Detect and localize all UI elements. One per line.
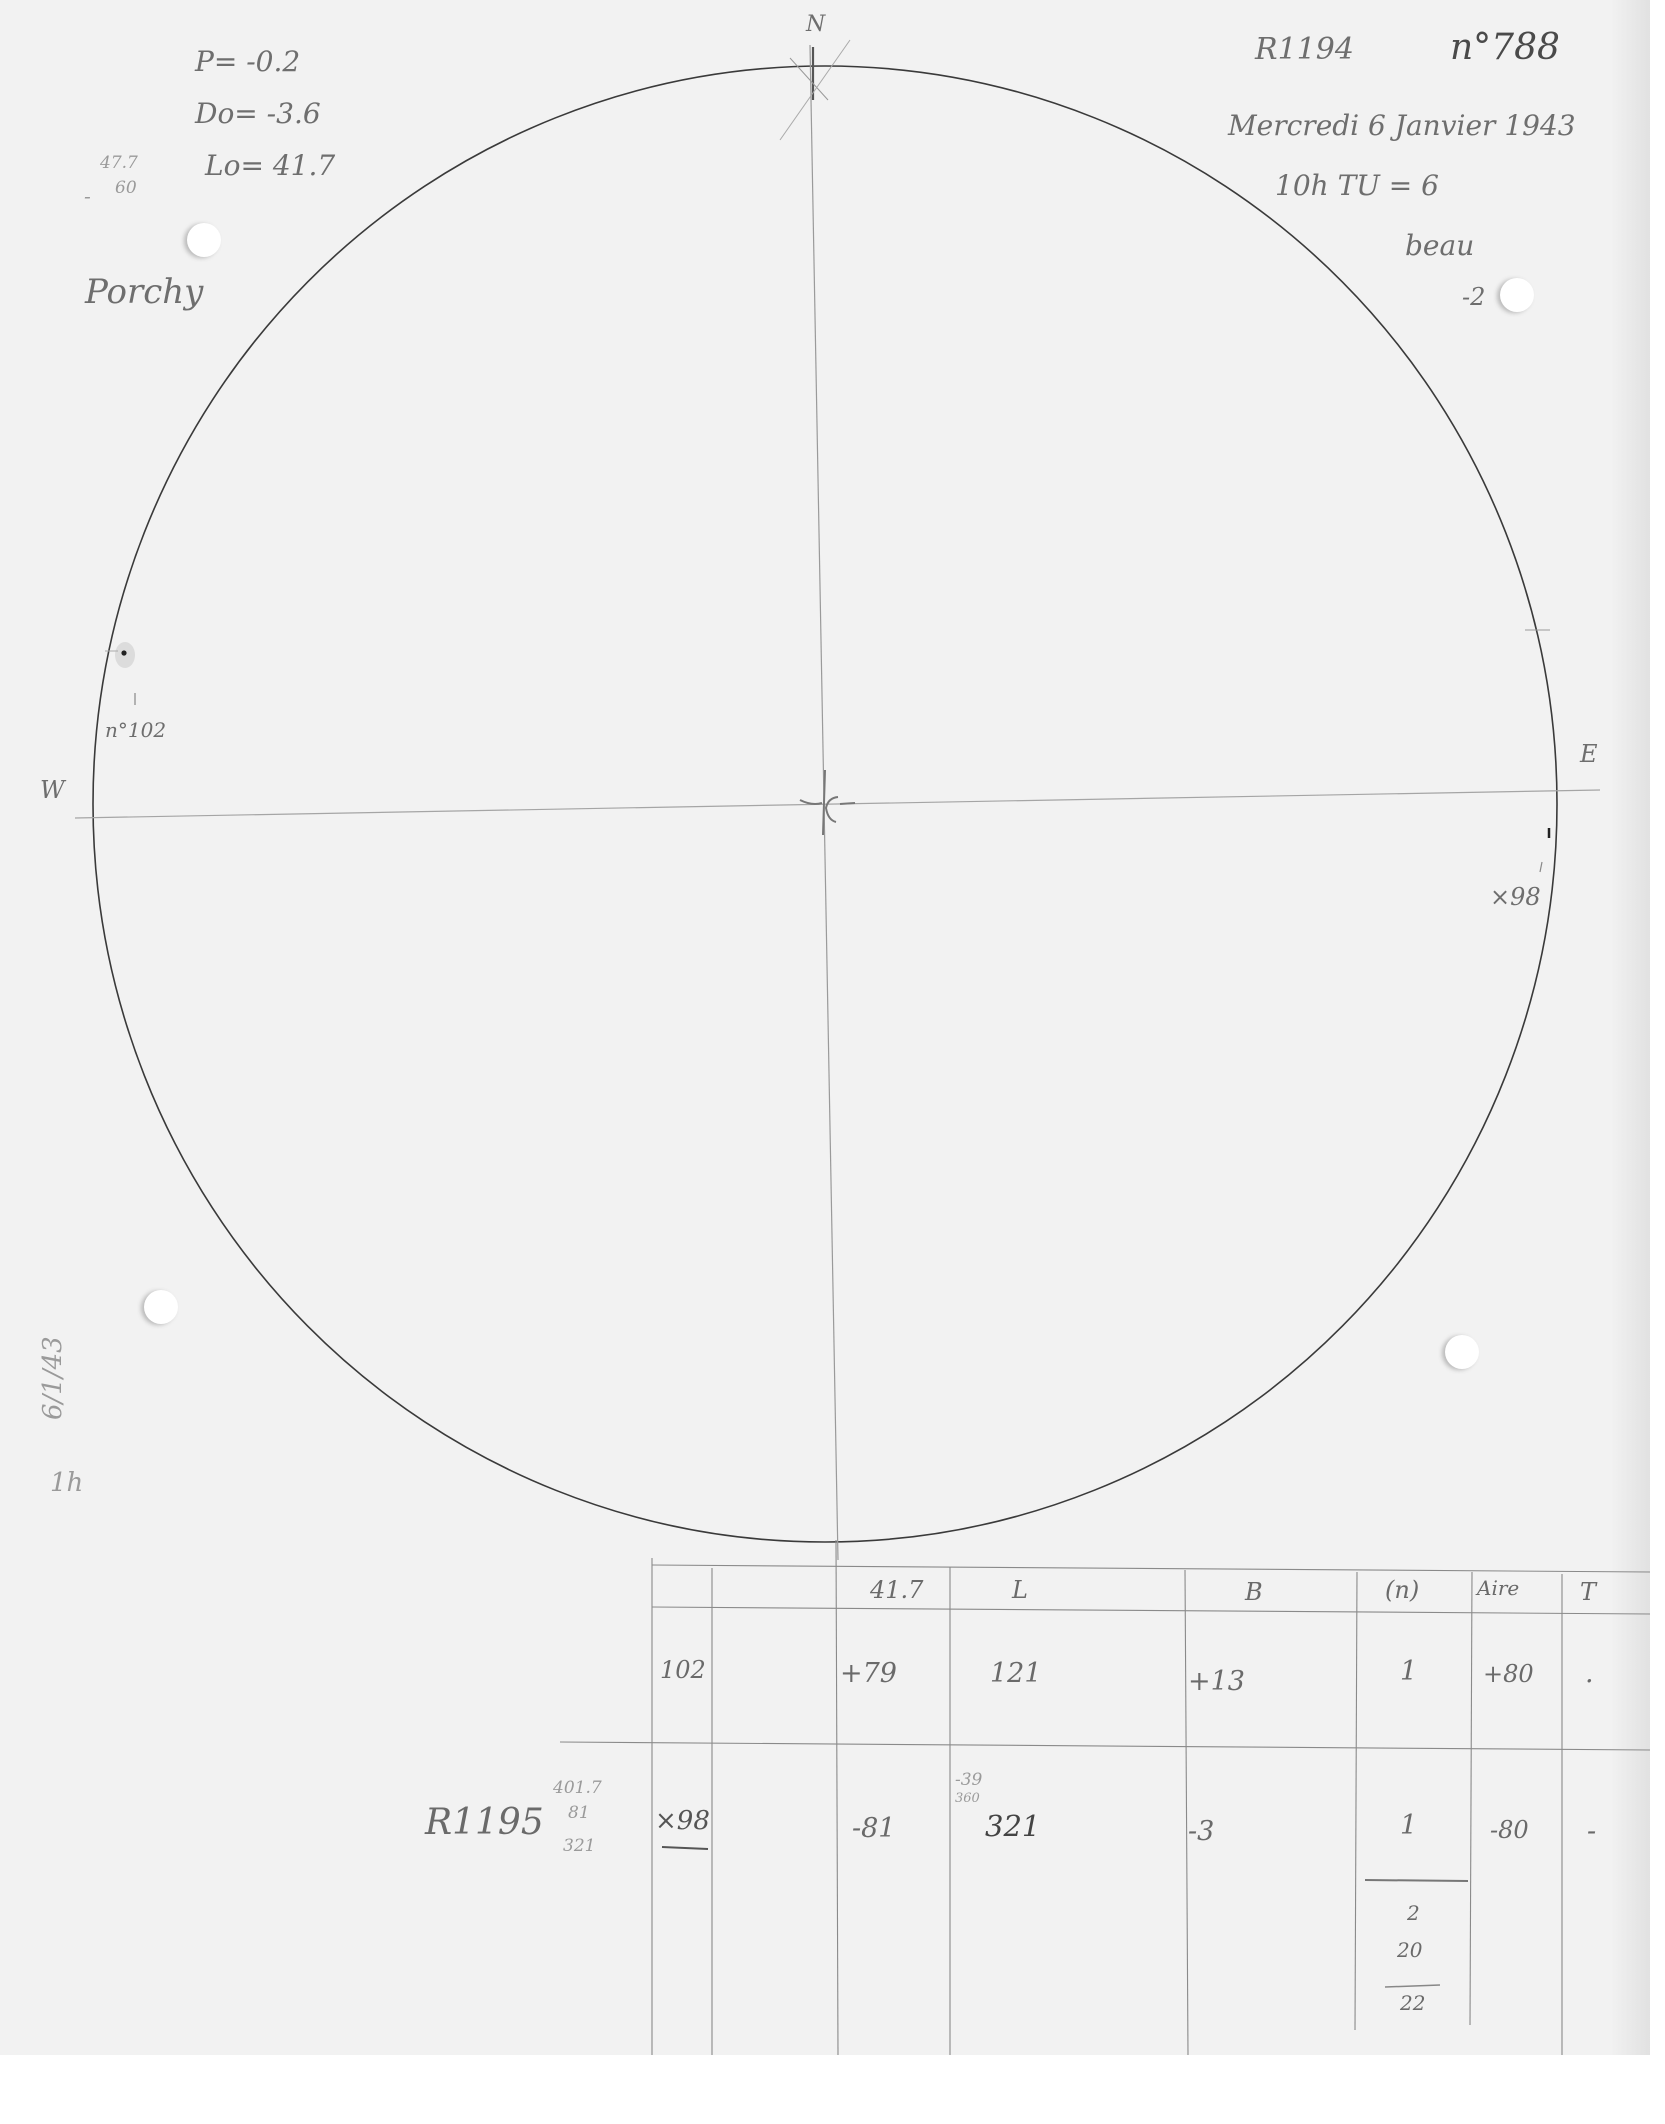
table-row-1-group: 102 [660, 1658, 706, 1682]
n-sum-line [1365, 1880, 1468, 1881]
margin-calc-top: 47.7 [100, 155, 138, 172]
table-header-area: Aire [1477, 1578, 1519, 1598]
punch-hole [1445, 1335, 1479, 1369]
table-header-L: L [1012, 1578, 1028, 1602]
param-lo: Lo= 41.7 [205, 152, 335, 180]
table-row-2-B: -3 [1188, 1818, 1214, 1845]
side-date-note: 6/1/43 [40, 1336, 66, 1420]
param-do: Do= -3.6 [195, 100, 321, 128]
n-total-line1: 2 [1407, 1903, 1420, 1923]
observation-date: Mercredi 6 Janvier 1943 [1228, 112, 1576, 140]
margin-minus: - [84, 186, 91, 206]
north-marker [780, 40, 850, 140]
solar-disk-drawing [0, 0, 1665, 2124]
east-label: E [1580, 742, 1598, 766]
rotation-number: R1194 [1255, 35, 1354, 65]
margin-calc-1: 401.7 [553, 1780, 602, 1797]
side-mark: 1h [50, 1470, 83, 1496]
punch-hole [1500, 278, 1534, 312]
observation-time: 10h TU = 6 [1275, 172, 1439, 200]
center-cross [800, 770, 855, 835]
east-west-axis [75, 790, 1600, 818]
n-sum-line-2 [1385, 1985, 1440, 1987]
table-header-T: T [1580, 1580, 1596, 1604]
table-row-1-area: +80 [1483, 1662, 1534, 1686]
drawing-number: n°788 [1450, 30, 1560, 66]
table-row-2-T: - [1587, 1818, 1596, 1845]
seeing-extra: -2 [1462, 285, 1485, 309]
margin-calc-3: 321 [563, 1838, 595, 1855]
table-row-2-n: 1 [1400, 1812, 1417, 1839]
table-row-2-L: 321 [985, 1812, 1040, 1841]
spot-98-label: ×98 [1490, 885, 1541, 909]
table-row-2-L-note-bottom: 360 [955, 1792, 980, 1805]
n-total-line3: 22 [1400, 1993, 1425, 2013]
data-table-grid [560, 1540, 1650, 2055]
table-header-B: B [1245, 1580, 1263, 1604]
west-label: W [40, 778, 65, 802]
spot-102-label: n°102 [105, 720, 166, 740]
sunspot-98 [1540, 828, 1549, 872]
table-row-2-group: ×98 [655, 1808, 710, 1834]
north-label: N [806, 14, 825, 36]
param-p: P= -0.2 [195, 48, 300, 76]
table-header-lon-ref: 41.7 [870, 1578, 923, 1602]
table-row-1-L: 121 [990, 1660, 1042, 1687]
table-header-n: (n) [1385, 1578, 1419, 1602]
punch-hole [187, 223, 221, 257]
table-row-2-lon-diff: -81 [852, 1815, 895, 1842]
table-row-2-area: -80 [1490, 1818, 1529, 1842]
margin-rotation: R1195 [425, 1805, 544, 1841]
table-row-1-n: 1 [1400, 1658, 1417, 1685]
sunspot-102 [105, 642, 135, 705]
margin-calc-bottom: 60 [115, 180, 137, 197]
table-row-1-B: +13 [1188, 1668, 1245, 1695]
punch-hole [144, 1290, 178, 1324]
table-row-2-L-note-top: -39 [955, 1772, 982, 1789]
signature: Porchy [85, 275, 203, 309]
n-total-line2: 20 [1397, 1940, 1422, 1960]
underline-98 [662, 1847, 708, 1849]
table-row-1-T: . [1585, 1660, 1594, 1687]
margin-calc-2: 81 [568, 1805, 590, 1822]
table-row-1-lon-diff: +79 [840, 1660, 897, 1687]
seeing-quality: beau [1405, 232, 1474, 260]
